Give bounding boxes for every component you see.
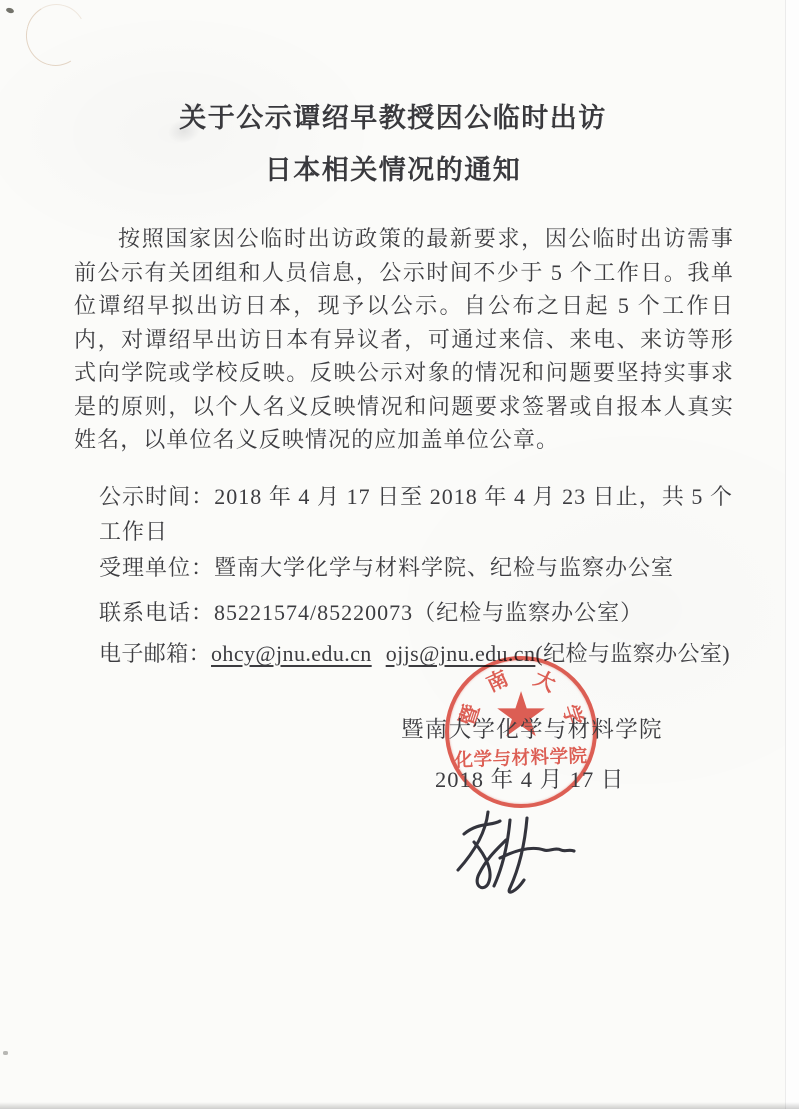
publicity-period-label: 公示时间：: [99, 484, 214, 509]
notice-title-line1: 关于公示谭绍早教授因公临时出访: [0, 96, 786, 135]
notice-body-paragraph: 按照国家因公临时出访政策的最新要求，因公临时出访需事前公示有关团组和人员信息，公…: [74, 222, 734, 457]
email-line: 电子邮箱：ohcy@jnu.edu.cnojjs@jnu.edu.cn(纪检与监…: [99, 636, 733, 671]
contact-phone-value: 85221574/85220073（纪检与监察办公室）: [214, 600, 643, 625]
accepting-unit-value: 暨南大学化学与材料学院、纪检与监察办公室: [214, 555, 674, 580]
scan-ring-mark: [19, 0, 92, 72]
notice-title-line2: 日本相关情况的通知: [0, 148, 786, 187]
contact-phone-label: 联系电话：: [99, 600, 214, 625]
scanned-notice-page: 关于公示谭绍早教授因公临时出访 日本相关情况的通知 按照国家因公临时出访政策的最…: [0, 0, 799, 1109]
scan-speck: [3, 1051, 8, 1055]
email-address-1: ohcy@jnu.edu.cn: [211, 641, 372, 666]
handwritten-signature: [428, 804, 608, 904]
signature-organization: 暨南大学化学与材料学院: [401, 712, 663, 744]
signature-date: 2018 年 4 月 17 日: [435, 762, 624, 794]
accepting-unit-line: 受理单位：暨南大学化学与材料学院、纪检与监察办公室: [99, 550, 733, 585]
contact-phone-line: 联系电话：85221574/85220073（纪检与监察办公室）: [99, 595, 733, 630]
accepting-unit-label: 受理单位：: [99, 555, 214, 580]
scan-bottom-shadow: [0, 1102, 799, 1109]
scan-page-edge: [785, 0, 799, 1109]
publicity-period-line: 公示时间：2018 年 4 月 17 日至 2018 年 4 月 23 日止，共…: [99, 479, 733, 549]
scan-speck: [5, 7, 14, 14]
email-label: 电子邮箱：: [99, 641, 211, 666]
